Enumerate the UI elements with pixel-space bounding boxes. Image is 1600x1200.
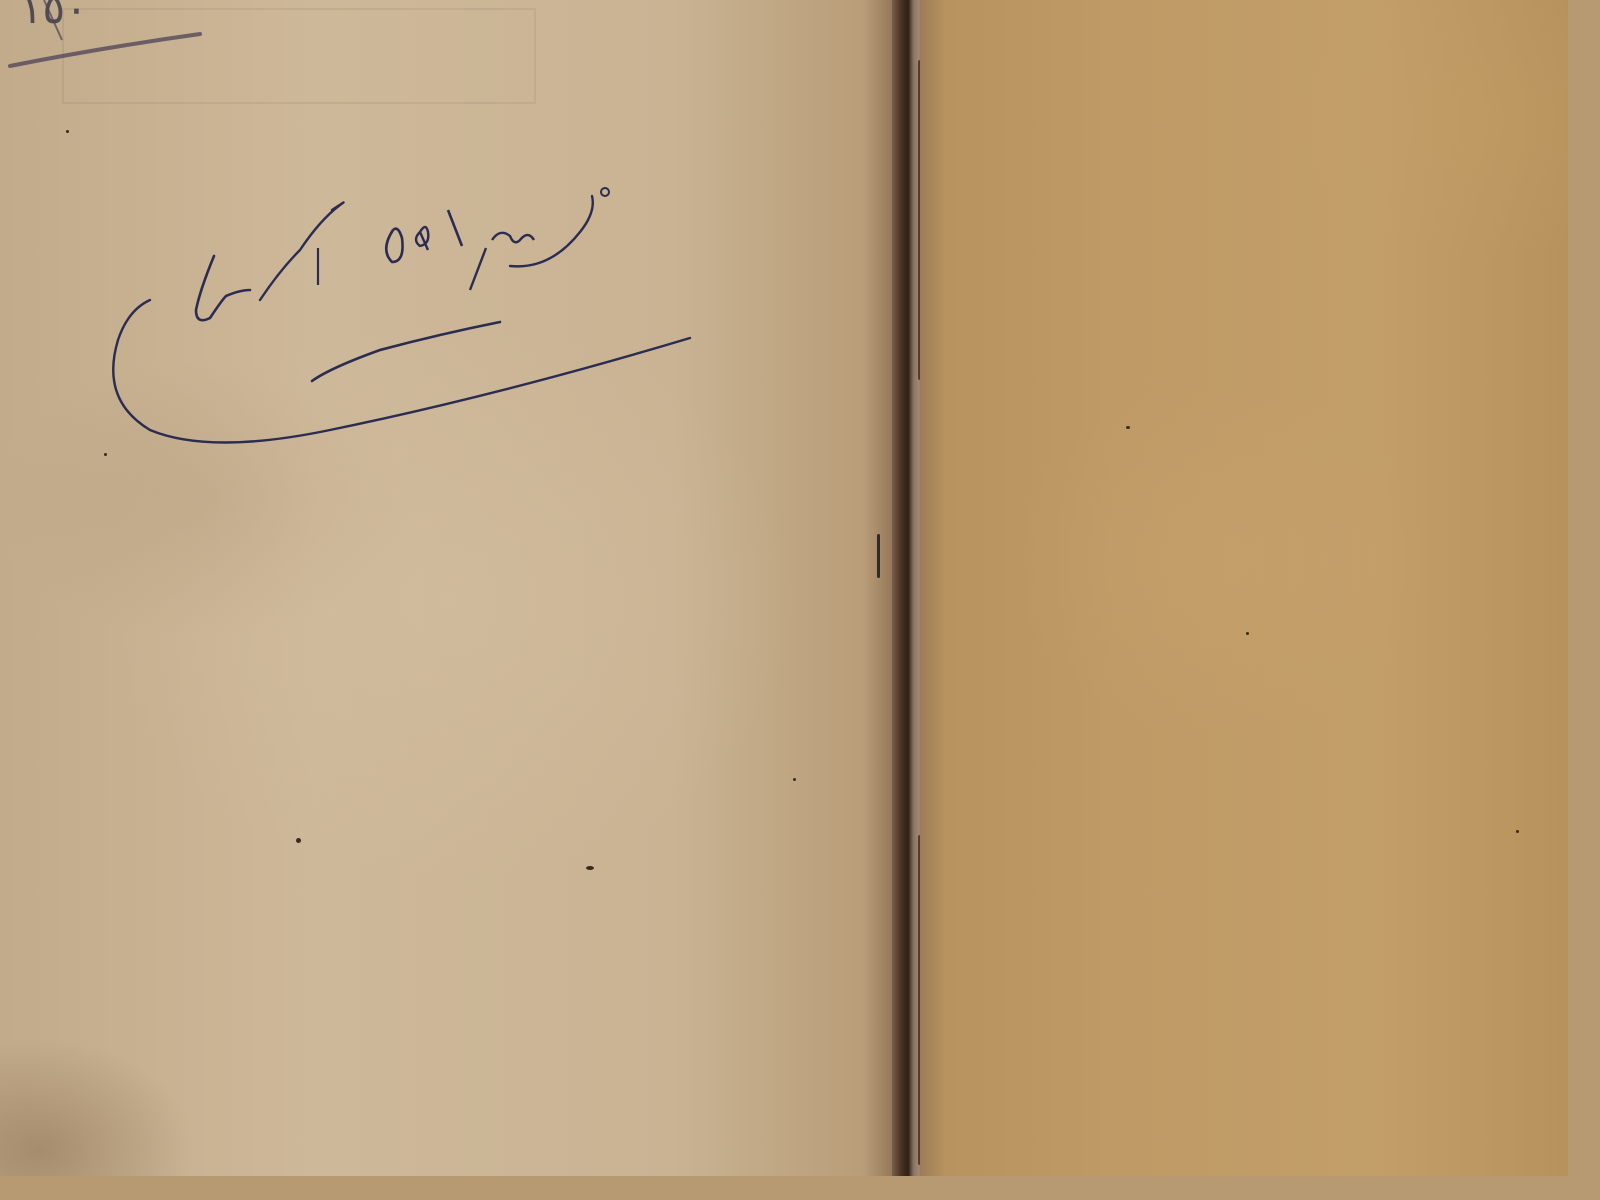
ink-speck bbox=[66, 130, 69, 133]
ink-tick bbox=[877, 534, 880, 578]
ink-speck bbox=[296, 838, 301, 843]
ink-speck bbox=[793, 778, 796, 781]
right-page bbox=[920, 0, 1568, 1176]
left-page: ١٥٠ …٥٩١ / … bbox=[0, 0, 900, 1176]
paper-speck bbox=[1126, 426, 1130, 429]
ink-speck bbox=[586, 866, 594, 870]
ink-speck bbox=[104, 453, 107, 456]
corner-number: ١٥٠ bbox=[20, 0, 88, 33]
faded-stamp bbox=[62, 8, 536, 104]
paper-speck bbox=[1246, 632, 1249, 635]
paper-speck bbox=[1516, 830, 1519, 833]
